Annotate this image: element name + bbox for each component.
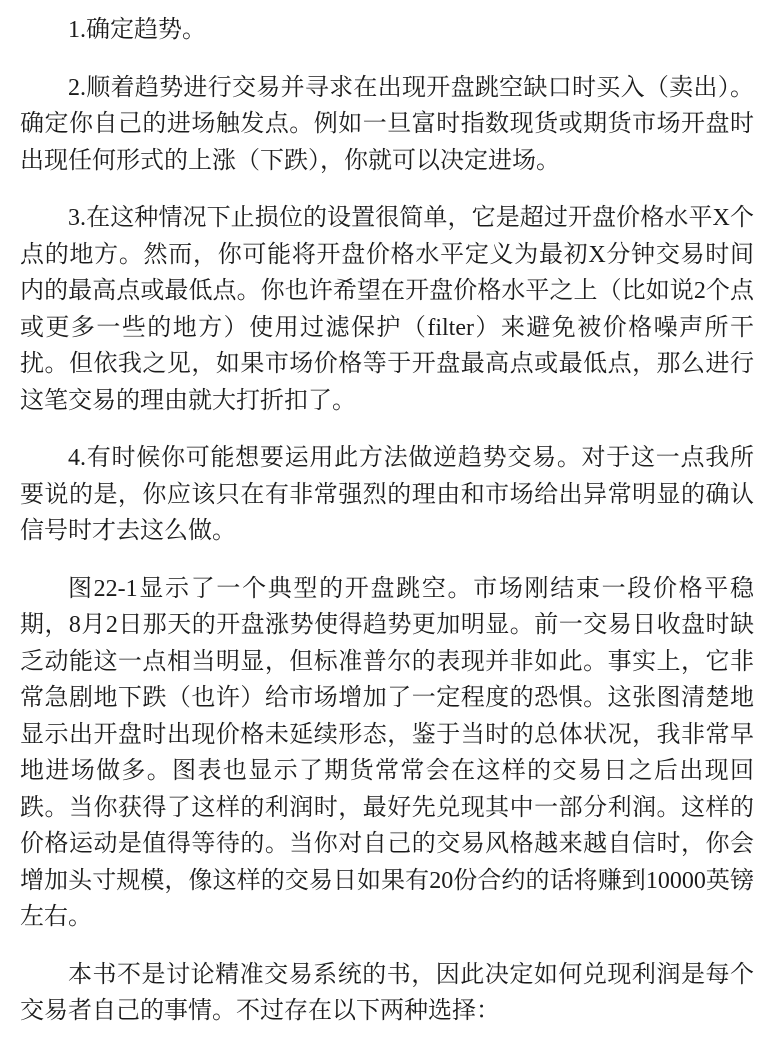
body-text: 1.确定趋势。 2.顺着趋势进行交易并寻求在出现开盘跳空缺口时买入（卖出）。确定… — [20, 12, 754, 1030]
paragraph-step-4: 4.有时候你可能想要运用此方法做逆趋势交易。对于这一点我所要说的是，你应该只在有… — [20, 440, 754, 550]
paragraph-step-3: 3.在这种情况下止损位的设置很简单，它是超过开盘价格水平X个点的地方。然而，你可… — [20, 200, 754, 419]
paragraph-figure-22-1-discussion: 图22-1显示了一个典型的开盘跳空。市场刚结束一段价格平稳期，8月2日那天的开盘… — [20, 571, 754, 936]
paragraph-step-2: 2.顺着趋势进行交易并寻求在出现开盘跳空缺口时买入（卖出）。确定你自己的进场触发… — [20, 70, 754, 180]
paragraph-step-1: 1.确定趋势。 — [20, 12, 754, 49]
book-page: 1.确定趋势。 2.顺着趋势进行交易并寻求在出现开盘跳空缺口时买入（卖出）。确定… — [0, 0, 758, 1038]
paragraph-profit-taking-choices: 本书不是讨论精准交易系统的书，因此决定如何兑现利润是每个交易者自己的事情。不过存… — [20, 957, 754, 1030]
